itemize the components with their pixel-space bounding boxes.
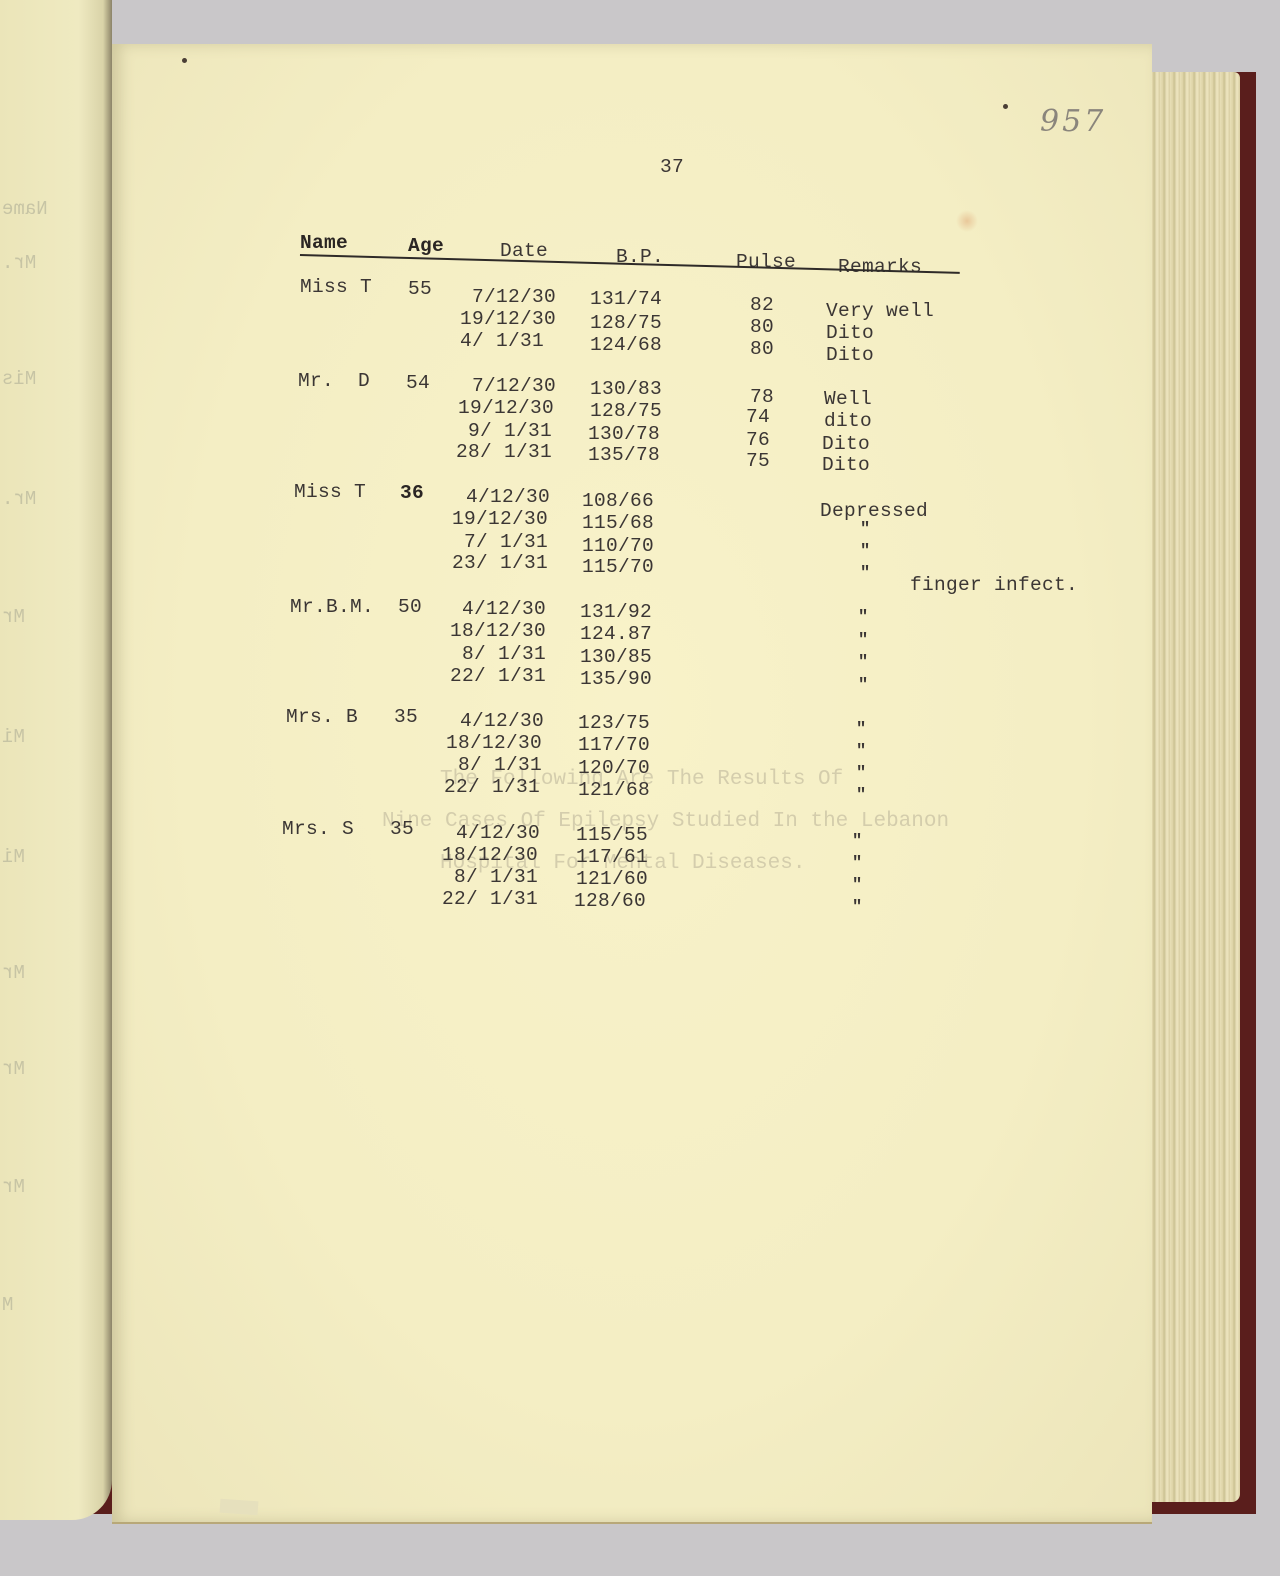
record-extra-remark: finger infect. <box>910 574 1078 596</box>
punch-dot <box>1003 104 1008 109</box>
patient-name: Mrs. S <box>282 818 354 840</box>
record-date: 18/12/30 <box>446 732 542 754</box>
record-bp: 128/75 <box>590 400 662 422</box>
patient-name: Miss T <box>294 481 366 503</box>
paper-tab <box>220 1499 259 1516</box>
ghost-text: Mis <box>2 368 36 390</box>
record-pulse: 76 <box>746 429 770 451</box>
ghost-text: Mr <box>2 962 25 984</box>
patient-age: 50 <box>398 596 422 618</box>
patient-age: 55 <box>408 278 432 300</box>
record-bp: 117/70 <box>578 734 650 756</box>
ditto-mark: " <box>856 764 866 783</box>
patient-name: Mrs. B <box>286 706 358 728</box>
ghost-text: Mi <box>2 726 25 748</box>
record-remarks: Dito <box>826 344 874 366</box>
record-date: 7/ 1/31 <box>464 531 548 553</box>
record-bp: 135/90 <box>580 668 652 690</box>
record-remarks: Very well <box>826 300 934 322</box>
record-bp: 124/68 <box>590 334 662 356</box>
record-date: 8/ 1/31 <box>458 754 542 776</box>
header-pulse: Pulse <box>736 251 796 273</box>
patient-age: 54 <box>406 372 430 394</box>
record-date: 19/12/30 <box>458 397 554 419</box>
record-date: 28/ 1/31 <box>456 441 552 463</box>
record-date: 19/12/30 <box>460 308 556 330</box>
ghost-text: M <box>2 1294 13 1316</box>
ditto-mark: " <box>856 742 866 761</box>
ghost-text: Name <box>2 198 48 220</box>
ditto-mark: " <box>852 832 862 851</box>
record-pulse: 80 <box>750 316 774 338</box>
record-date: 22/ 1/31 <box>442 888 538 910</box>
ghost-text: Mr <box>2 1058 25 1080</box>
record-bp: 121/68 <box>578 779 650 801</box>
ditto-mark: " <box>856 720 866 739</box>
ghost-text: Mr. <box>2 488 36 510</box>
record-bp: 117/61 <box>576 846 648 868</box>
record-bp: 120/70 <box>578 757 650 779</box>
record-remarks: dito <box>824 410 872 432</box>
ditto-mark: " <box>860 542 870 561</box>
record-date: 7/12/30 <box>472 375 556 397</box>
record-bp: 130/78 <box>588 423 660 445</box>
handwritten-folio-number: 957 <box>1040 104 1106 139</box>
record-bp: 124.87 <box>580 623 652 645</box>
record-date: 4/ 1/31 <box>460 330 544 352</box>
patient-age: 36 <box>400 482 424 504</box>
record-date: 4/12/30 <box>460 710 544 732</box>
record-date: 4/12/30 <box>456 822 540 844</box>
patient-name: Miss T <box>300 276 372 298</box>
record-remarks: Dito <box>822 433 870 455</box>
record-bp: 123/75 <box>578 712 650 734</box>
ditto-mark: " <box>858 631 868 650</box>
ditto-mark: " <box>858 608 868 627</box>
record-date: 19/12/30 <box>452 508 548 530</box>
record-date: 9/ 1/31 <box>468 420 552 442</box>
ditto-mark: " <box>858 676 868 695</box>
ditto-mark: " <box>858 653 868 672</box>
patient-age: 35 <box>394 706 418 728</box>
header-remarks: Remarks <box>838 256 922 278</box>
record-date: 22/ 1/31 <box>444 776 540 798</box>
ditto-mark: " <box>852 898 862 917</box>
page-edges <box>1140 72 1240 1502</box>
record-date: 8/ 1/31 <box>462 643 546 665</box>
ditto-mark: " <box>852 876 862 895</box>
record-bp: 128/60 <box>574 890 646 912</box>
record-remarks: Well <box>824 388 872 410</box>
record-bp: 108/66 <box>582 490 654 512</box>
record-bp: 131/92 <box>580 601 652 623</box>
ghost-text: Mi <box>2 846 25 868</box>
left-facing-page: Name Mr. Mis Mr. Mr Mi Mi Mr Mr Mr M <box>0 0 112 1520</box>
record-pulse: 74 <box>746 406 770 428</box>
record-pulse: 78 <box>750 386 774 408</box>
record-bp: 115/70 <box>582 556 654 578</box>
patient-age: 35 <box>390 818 414 840</box>
record-date: 8/ 1/31 <box>454 866 538 888</box>
patient-name: Mr.B.M. <box>290 596 374 618</box>
record-bp: 110/70 <box>582 535 654 557</box>
record-bp: 128/75 <box>590 312 662 334</box>
record-bp: 135/78 <box>588 444 660 466</box>
header-age: Age <box>408 235 444 257</box>
record-pulse: 80 <box>750 338 774 360</box>
record-bp: 115/55 <box>576 824 648 846</box>
record-bp: 115/68 <box>582 512 654 534</box>
ditto-mark: " <box>856 786 866 805</box>
record-remarks: Dito <box>826 322 874 344</box>
record-bp: 130/83 <box>590 378 662 400</box>
patient-name: Mr. D <box>298 370 370 392</box>
ditto-mark: " <box>852 854 862 873</box>
ghost-text: Mr <box>2 606 25 628</box>
stain <box>956 210 978 232</box>
ditto-mark: " <box>860 520 870 539</box>
ghost-text: Mr <box>2 1176 25 1198</box>
ditto-mark: " <box>860 564 870 583</box>
punch-dot <box>182 58 187 63</box>
record-bp: 131/74 <box>590 288 662 310</box>
record-date: 23/ 1/31 <box>452 552 548 574</box>
record-date: 4/12/30 <box>462 598 546 620</box>
header-name: Name <box>300 232 348 254</box>
page-number: 37 <box>660 156 684 178</box>
ghost-text: Mr. <box>2 252 36 274</box>
record-date: 7/12/30 <box>472 286 556 308</box>
record-date: 4/12/30 <box>466 486 550 508</box>
record-remarks: Dito <box>822 454 870 476</box>
record-pulse: 75 <box>746 450 770 472</box>
record-date: 18/12/30 <box>442 844 538 866</box>
record-pulse: 82 <box>750 294 774 316</box>
record-date: 18/12/30 <box>450 620 546 642</box>
record-date: 22/ 1/31 <box>450 665 546 687</box>
record-bp: 130/85 <box>580 646 652 668</box>
record-remarks: Depressed <box>820 500 928 522</box>
record-bp: 121/60 <box>576 868 648 890</box>
